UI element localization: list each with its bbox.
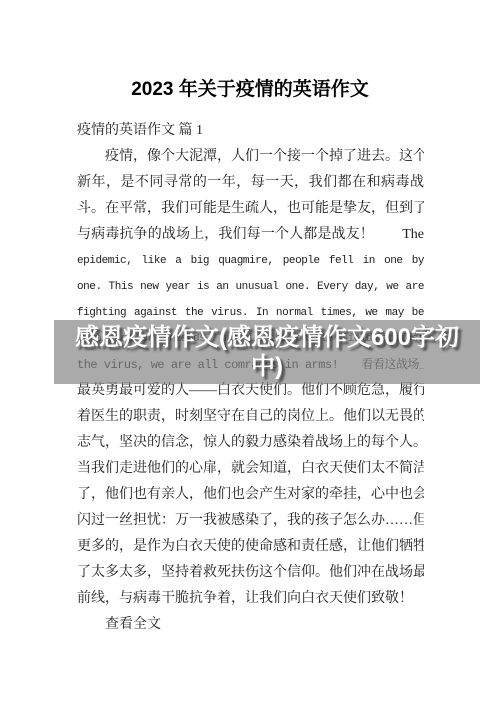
body-line: 了，他们也有亲人，他们也会产生对家的牵挂，心中也会	[77, 482, 424, 508]
body-line: 着医生的职责，时刻坚守在自己的岗位上。他们以无畏的	[77, 404, 424, 430]
body-line: 了太多太多，坚持着救死扶伤这个信仰。他们冲在战场最	[77, 560, 424, 586]
view-full-text-link[interactable]: 查看全文	[77, 612, 424, 638]
body-line: 与病毒抗争的战场上，我们每一个人都是战友！ The	[77, 222, 424, 248]
body-line: 更多的，是作为白衣天使的使命感和责任感，让他们牺牲	[77, 534, 424, 560]
body-line: 闪过一丝担忧：万一我被感染了，我的孩子怎么办……但	[77, 508, 424, 534]
section-heading: 疫情的英语作文 篇 1	[77, 118, 424, 144]
page-title: 2023 年关于疫情的英语作文	[0, 77, 500, 103]
document-page: 2023 年关于疫情的英语作文 疫情的英语作文 篇 1 疫情，像个大泥潭，人们一…	[0, 0, 500, 706]
body-line: epidemic, like a big quagmire, people fe…	[77, 248, 424, 274]
body-line: 疫情，像个大泥潭，人们一个接一个掉了进去。这个	[77, 144, 424, 170]
body-line: 志气，坚决的信念，惊人的毅力感染着战场上的每个人。	[77, 430, 424, 456]
watermark-banner: 感恩疫情作文(感恩疫情作文600字初 中)	[54, 320, 480, 384]
watermark-title-line1: 感恩疫情作文(感恩疫情作文600字初	[75, 323, 459, 352]
body-line: 前线，与病毒干脆抗争着，让我们向白衣天使们致敬！	[77, 586, 424, 612]
body-line: one. This new year is an unusual one. Ev…	[77, 274, 424, 300]
body-line: 斗。在平常，我们可能是生疏人，也可能是挚友，但到了	[77, 196, 424, 222]
body-line: 新年，是不同寻常的一年，每一天，我们都在和病毒战	[77, 170, 424, 196]
body-line: 当我们走进他们的心扉，就会知道，白衣天使们太不简洁	[77, 456, 424, 482]
watermark-title-line2: 中)	[251, 352, 283, 381]
